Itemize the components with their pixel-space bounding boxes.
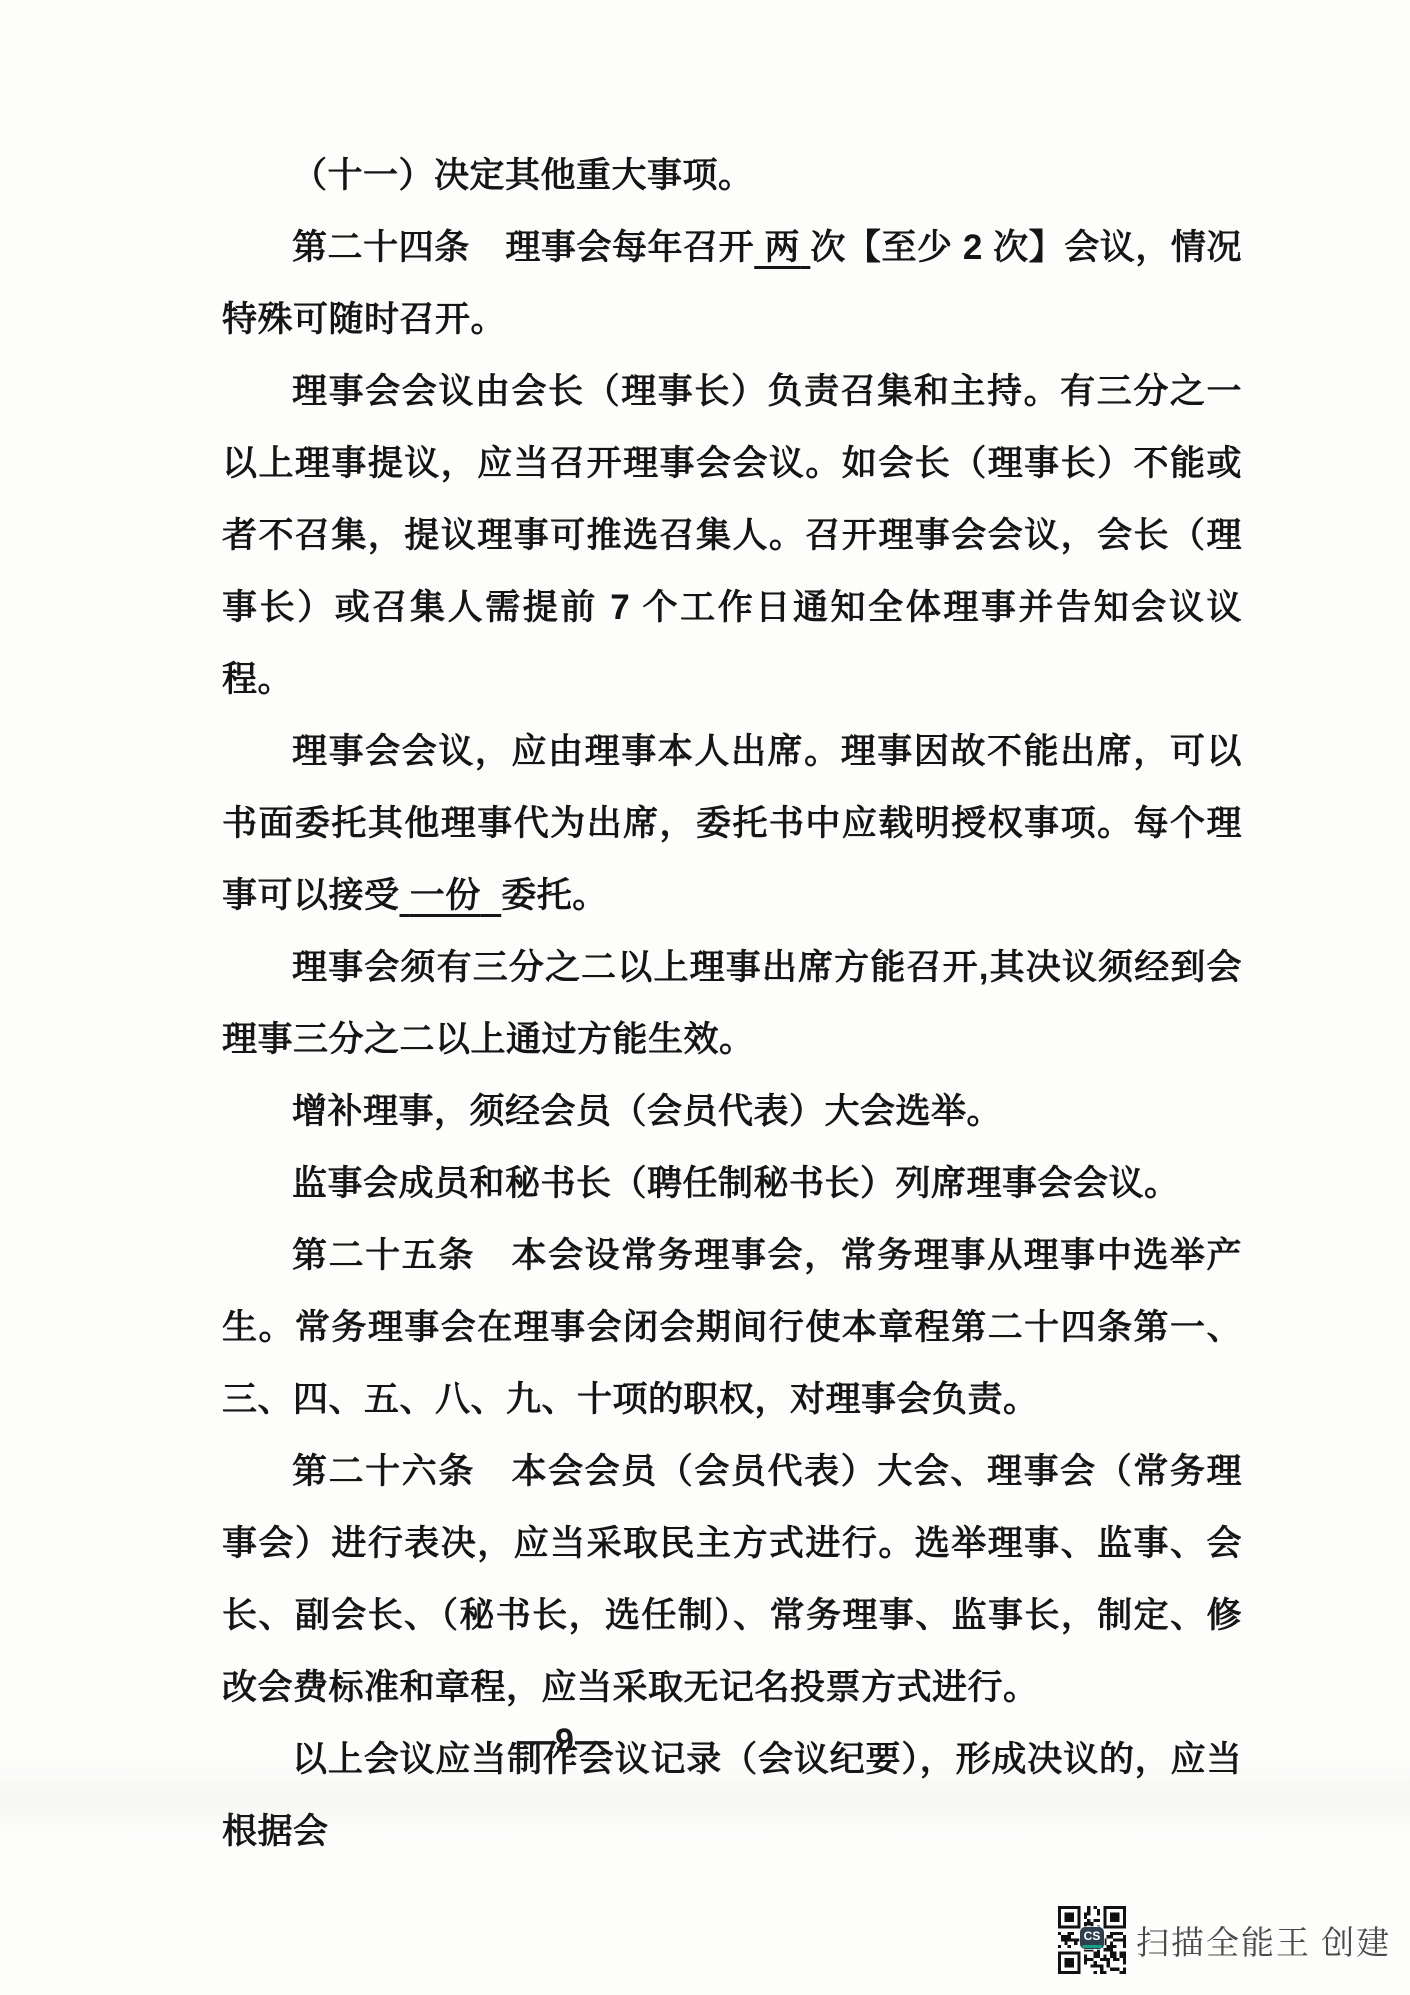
text-run: （十一）决定其他重大事项。 bbox=[292, 156, 754, 195]
text-run: 第二十六条 bbox=[292, 1452, 475, 1491]
paragraph: 第二十六条 本会会员（会员代表）大会、理事会（常务理事会）进行表决，应当采取民主… bbox=[222, 1436, 1242, 1724]
page-number: —9— bbox=[0, 1722, 1130, 1761]
paragraph: 第二十四条 理事会每年召开 两 次【至少 2 次】会议，情况特殊可随时召开。 bbox=[222, 212, 1242, 356]
paragraph: 理事会会议由会长（理事长）负责召集和主持。有三分之一以上理事提议，应当召开理事会… bbox=[222, 356, 1242, 716]
text-run: 一份 bbox=[410, 876, 481, 915]
scanned-document-page: （十一）决定其他重大事项。第二十四条 理事会每年召开 两 次【至少 2 次】会议… bbox=[0, 0, 1410, 1995]
text-run: 第二十五条 bbox=[292, 1236, 475, 1275]
text-run: 两 bbox=[765, 228, 801, 267]
text-run: 增补理事，须经会员（会员代表）大会选举。 bbox=[292, 1092, 1002, 1131]
text-run: 第二十四条 bbox=[292, 228, 470, 267]
paragraph: 理事会须有三分之二以上理事出席方能召开,其决议须经到会理事三分之二以上通过方能生… bbox=[222, 932, 1242, 1076]
paragraph: （十一）决定其他重大事项。 bbox=[222, 140, 1242, 212]
text-run: 理事会每年召开 bbox=[470, 228, 754, 267]
paragraph: 第二十五条 本会设常务理事会，常务理事从理事中选举产生。常务理事会在理事会闭会期… bbox=[222, 1220, 1242, 1436]
paragraph: 增补理事，须经会员（会员代表）大会选举。 bbox=[222, 1076, 1242, 1148]
text-run: 理事会会议，应由理事本人出席。理事因故不能出席，可以书面委托其他理事代为出席，委… bbox=[222, 732, 1242, 915]
text-run: 理事会会议由会长（理事长）负责召集和主持。有三分之一以上理事提议，应当召开理事会… bbox=[222, 372, 1242, 699]
text-run bbox=[754, 228, 764, 267]
text-run: 监事会成员和秘书长（聘任制秘书长）列席理事会会议。 bbox=[292, 1164, 1180, 1203]
text-run bbox=[400, 876, 410, 915]
text-run: 委托。 bbox=[501, 876, 608, 915]
paragraph: 监事会成员和秘书长（聘任制秘书长）列席理事会会议。 bbox=[222, 1148, 1242, 1220]
document-body: （十一）决定其他重大事项。第二十四条 理事会每年召开 两 次【至少 2 次】会议… bbox=[222, 140, 1242, 1868]
text-run bbox=[481, 876, 501, 915]
text-run: 方式进行。 bbox=[861, 1668, 1039, 1707]
text-run bbox=[800, 228, 810, 267]
text-run: 无记名投票 bbox=[684, 1668, 862, 1707]
qr-code-icon: CS bbox=[1058, 1906, 1126, 1974]
watermark-creator-text: 扫描全能王 创建 bbox=[1136, 1917, 1391, 1964]
camscanner-watermark: CS 扫描全能王 创建 bbox=[1058, 1906, 1391, 1974]
text-run: 理事会须有三分之二以上理事出席方能召开,其决议须经到会理事三分之二以上通过方能生… bbox=[222, 948, 1242, 1059]
camscanner-logo-badge: CS bbox=[1080, 1927, 1104, 1949]
paragraph: 理事会会议，应由理事本人出席。理事因故不能出席，可以书面委托其他理事代为出席，委… bbox=[222, 716, 1242, 932]
